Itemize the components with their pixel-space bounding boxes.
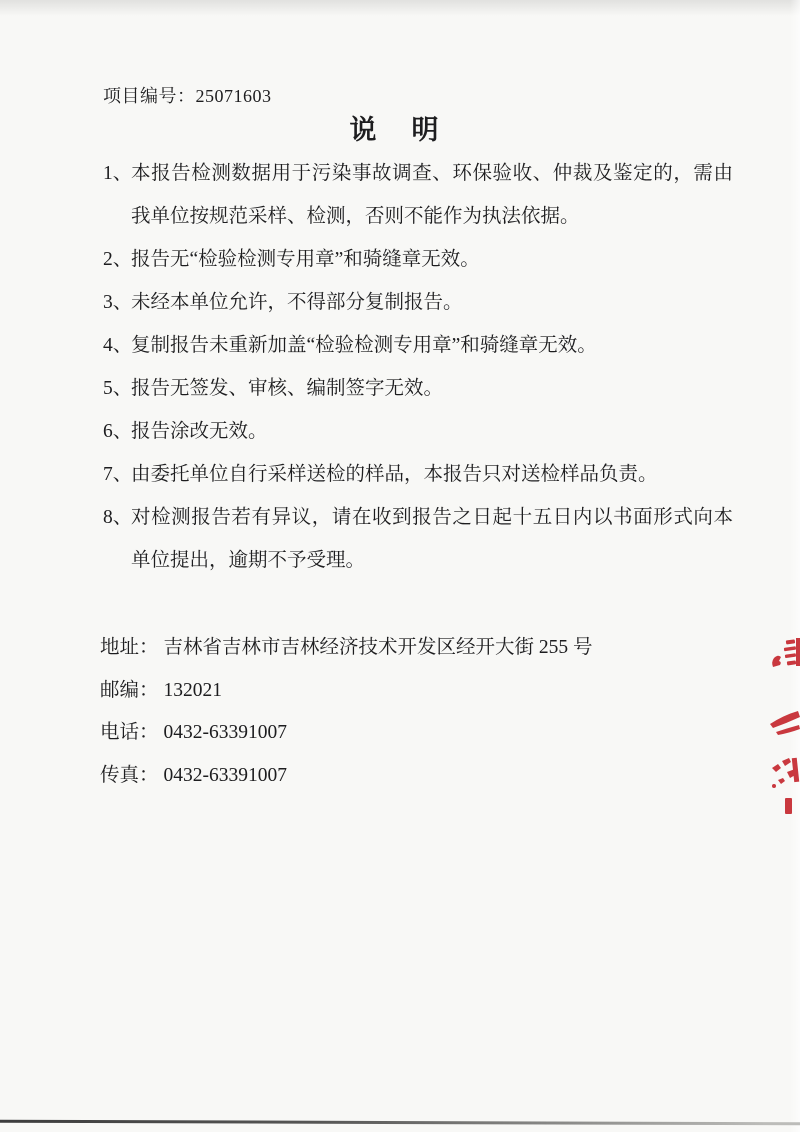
note-item: 3、 未经本单位允许，不得部分复制报告。 [103,281,733,324]
note-item: 6、 报告涂改无效。 [103,410,733,453]
note-text: 报告无签发、审核、编制签字无效。 [131,378,443,399]
right-scan-edge [790,0,800,1132]
note-item: 5、 报告无签发、审核、编制签字无效。 [103,367,733,410]
contact-label: 传真： [100,765,159,786]
note-text: 对检测报告若有异议，请在收到报告之日起十五日内以书面形式向本单位提出，逾期不予受… [131,507,733,571]
note-item: 2、 报告无“检验检测专用章”和骑缝章无效。 [103,238,733,281]
contact-value: 132021 [164,680,223,701]
note-text: 本报告检测数据用于污染事故调查、环保验收、仲裁及鉴定的，需由我单位按规范采样、检… [131,163,733,227]
document-page: 项目编号：25071603 说 明 1、 本报告检测数据用于污染事故调查、环保验… [0,0,800,1132]
note-text: 报告无“检验检测专用章”和骑缝章无效。 [131,249,480,270]
note-marker: 1、 [103,152,132,195]
contact-row: 电话：0432-63391007 [100,712,593,755]
contact-value: 吉林省吉林市吉林经济技术开发区经开大街 255 号 [164,637,593,658]
note-marker: 2、 [103,238,132,281]
contact-value: 0432-63391007 [164,765,288,786]
contact-value: 0432-63391007 [164,722,288,743]
contact-label: 电话： [100,722,159,743]
project-number-label: 项目编号： [103,86,196,106]
note-item: 7、 由委托单位自行采样送检的样品，本报告只对送检样品负责。 [103,453,733,496]
note-marker: 5、 [103,367,132,410]
contact-row: 邮编：132021 [100,670,593,713]
note-marker: 8、 [103,496,132,539]
note-item: 8、 对检测报告若有异议，请在收到报告之日起十五日内以书面形式向本单位提出，逾期… [103,496,733,582]
note-marker: 3、 [103,281,132,324]
contact-row: 地址：吉林省吉林市吉林经济技术开发区经开大街 255 号 [100,627,593,670]
page-title: 说 明 [0,108,792,147]
contact-label: 邮编： [100,680,159,701]
bottom-scan-edge [0,1120,800,1126]
paging-seal-stamp-icon [760,628,800,820]
note-marker: 7、 [103,453,132,496]
note-marker: 4、 [103,324,132,367]
note-text: 报告涂改无效。 [131,421,268,442]
note-item: 1、 本报告检测数据用于污染事故调查、环保验收、仲裁及鉴定的，需由我单位按规范采… [103,152,733,238]
project-number-value: 25071603 [196,86,272,106]
notes-list: 1、 本报告检测数据用于污染事故调查、环保验收、仲裁及鉴定的，需由我单位按规范采… [103,152,733,582]
note-text: 未经本单位允许，不得部分复制报告。 [131,292,463,313]
project-number: 项目编号：25071603 [103,82,272,108]
note-text: 由委托单位自行采样送检的样品，本报告只对送检样品负责。 [131,464,658,485]
note-marker: 6、 [103,410,132,453]
note-text: 复制报告未重新加盖“检验检测专用章”和骑缝章无效。 [131,335,597,356]
contact-info: 地址：吉林省吉林市吉林经济技术开发区经开大街 255 号 邮编：132021 电… [100,627,593,797]
note-item: 4、 复制报告未重新加盖“检验检测专用章”和骑缝章无效。 [103,324,733,367]
contact-label: 地址： [100,637,159,658]
contact-row: 传真：0432-63391007 [100,755,593,798]
top-scan-edge [0,0,800,16]
